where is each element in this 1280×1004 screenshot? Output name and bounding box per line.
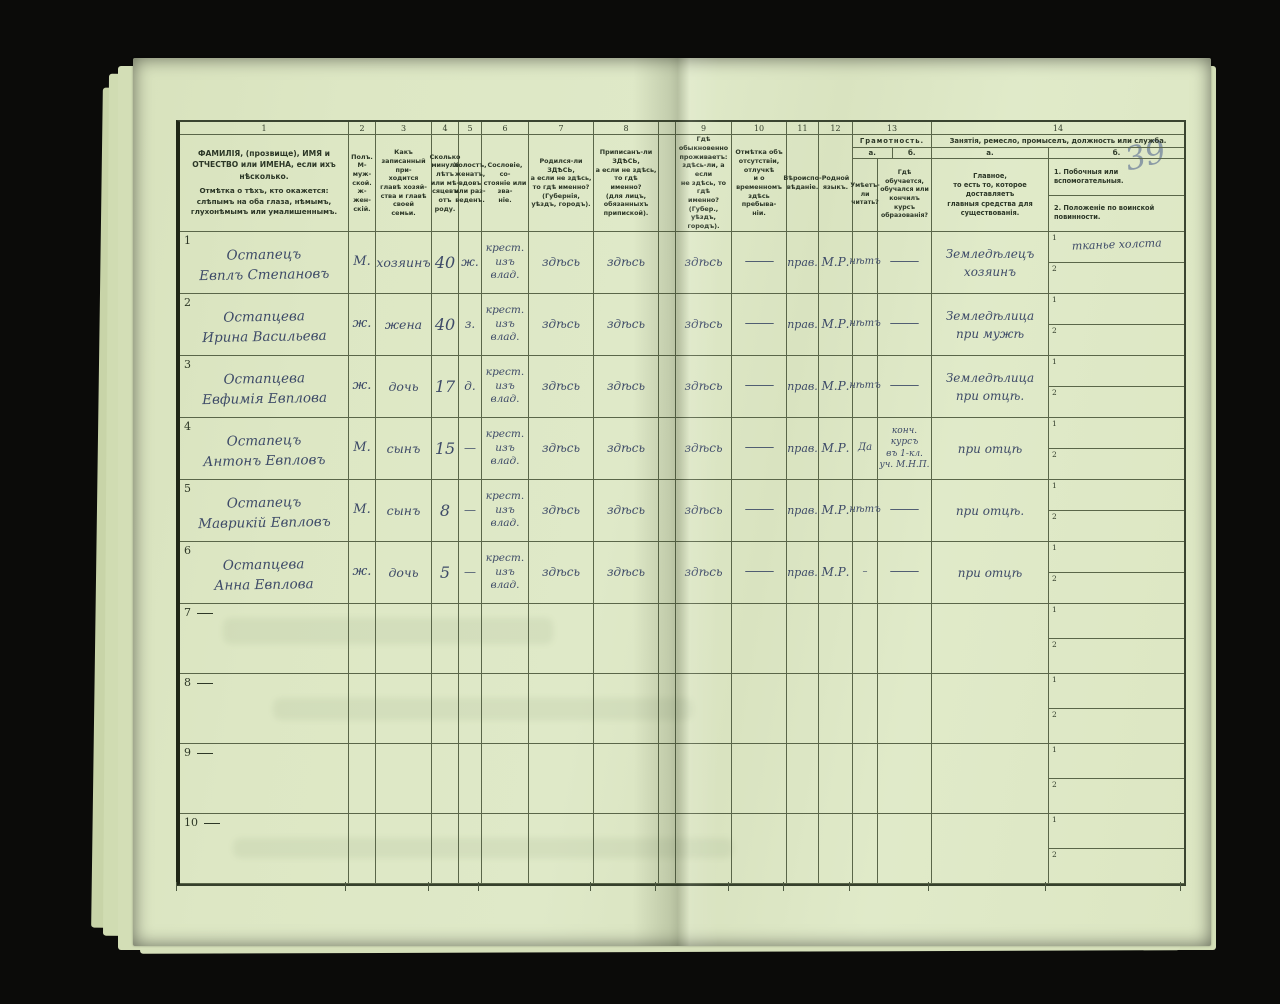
cell-occupation: при отцѣ: [932, 418, 1049, 480]
cell-birthplace: здѣсь: [529, 294, 594, 356]
side-occupation-value: тканье холста: [1071, 236, 1161, 252]
col-number-11: 11: [787, 122, 819, 135]
cell-empty: [676, 744, 732, 814]
cell-occupation: Земледѣлецъ хозяинъ: [932, 232, 1049, 294]
cell-literate: нѣтъ: [853, 232, 878, 294]
side-occupation-1: 1: [1049, 294, 1184, 325]
cell-absence: —: [732, 294, 787, 356]
cell-empty: [819, 814, 853, 884]
side-occupation-1: 1: [1049, 418, 1184, 449]
cell-sex: М.: [349, 480, 376, 542]
cell-empty: [932, 604, 1049, 674]
col-number-1: 1: [180, 122, 349, 135]
cell-empty: [349, 674, 376, 744]
person-name: Остапцева Анна Евплова: [214, 548, 314, 596]
cell-empty: [529, 674, 594, 744]
cell-language: М.Р.: [819, 480, 853, 542]
dash: —: [889, 502, 920, 518]
header-literacy-a: Умѣетъ- ли читать?: [853, 159, 878, 231]
cell-religion: прав.: [787, 232, 819, 294]
cell-name: 1 Остапецъ Евплъ Степановъ: [180, 232, 349, 294]
cell-registered: здѣсь: [594, 480, 659, 542]
header-marital: Холостъ, женатъ, вдовъ или раз- веденъ.: [459, 135, 482, 232]
cell-absence: —: [732, 542, 787, 604]
cell-occupation: Земледѣлица при мужѣ: [932, 294, 1049, 356]
side-occupation-1: 1: [1049, 480, 1184, 511]
col-number-5: 5: [459, 122, 482, 135]
row-number-strike: [197, 683, 213, 684]
cell-language: М.Р.: [819, 232, 853, 294]
cell-relation: дочь: [376, 356, 432, 418]
sub-row-label: 2: [1052, 450, 1057, 459]
header-occupation-military: 2. Положеніе по воинской повинности.: [1049, 196, 1184, 232]
cell-empty: [594, 674, 659, 744]
cell-religion: прав.: [787, 356, 819, 418]
sub-row-label: 2: [1052, 710, 1057, 719]
header-occupation-main: Главное, то есть то, которое доставляетъ…: [932, 159, 1049, 231]
cell-absence: —: [732, 480, 787, 542]
fold-gap: [659, 418, 676, 480]
cell-registered: здѣсь: [594, 294, 659, 356]
side-occupation-2: 2: [1049, 779, 1184, 813]
side-occupation-1: 1: [1049, 542, 1184, 573]
fold-gap: [659, 356, 676, 418]
cell-residence: здѣсь: [676, 480, 732, 542]
cell-side-occupation: 1 2: [1049, 418, 1184, 480]
header-literacy-group: Грамотность. а. б. Умѣетъ- ли читать? Гд…: [853, 135, 932, 232]
cell-marital: ж.: [459, 232, 482, 294]
cell-literate: Да: [853, 418, 878, 480]
sub-row-label: 1: [1052, 745, 1057, 754]
row-number: 10: [184, 816, 198, 829]
header-residence: Гдѣ обыкновенно проживаетъ: здѣсь-ли, а …: [676, 135, 732, 232]
row-number: 4: [184, 420, 191, 434]
cell-empty: [529, 604, 594, 674]
cell-empty: [459, 604, 482, 674]
sub-row-label: 2: [1052, 780, 1057, 789]
fold-gap: [659, 122, 676, 135]
col-number-7: 7: [529, 122, 594, 135]
cell-side-occupation: 1 тканье холста 2: [1049, 232, 1184, 294]
col-number-4: 4: [432, 122, 459, 135]
header-occupation-b-label: б.: [1049, 148, 1184, 158]
cell-side-occupation: 1 2: [1049, 674, 1184, 744]
cell-empty: [432, 744, 459, 814]
cell-marital: —: [459, 542, 482, 604]
side-occupation-2: 2: [1049, 639, 1184, 673]
cell-estate: крест. изъ влад.: [482, 418, 529, 480]
cell-religion: прав.: [787, 294, 819, 356]
cell-estate: крест. изъ влад.: [482, 480, 529, 542]
col-number-10: 10: [732, 122, 787, 135]
cell-empty: [732, 814, 787, 884]
col-number-12: 12: [819, 122, 853, 135]
cell-empty: [459, 814, 482, 884]
sub-row-label: 1: [1052, 233, 1057, 242]
side-occupation-1: 1 тканье холста: [1049, 232, 1184, 263]
cell-name-empty: 10: [180, 814, 349, 884]
cell-language: М.Р.: [819, 418, 853, 480]
cell-empty: [853, 814, 878, 884]
cell-marital: —: [459, 480, 482, 542]
cell-empty: [878, 814, 932, 884]
cell-relation: сынъ: [376, 480, 432, 542]
row-number-strike: [197, 753, 213, 754]
fold-gap: [659, 744, 676, 814]
cell-name: 6 Остапцева Анна Евплова: [180, 542, 349, 604]
cell-literate: –: [853, 542, 878, 604]
header-language: Родной языкъ.: [819, 135, 853, 232]
side-occupation-2: 2: [1049, 849, 1184, 883]
cell-empty: [376, 814, 432, 884]
cell-marital: д.: [459, 356, 482, 418]
cell-name-empty: 8: [180, 674, 349, 744]
row-number: 9: [184, 746, 191, 759]
row-number-strike: [197, 613, 213, 614]
cell-name: 3 Остапцева Евфимія Евплова: [180, 356, 349, 418]
cell-side-occupation: 1 2: [1049, 604, 1184, 674]
fold-gap: [659, 480, 676, 542]
header-surname-main: ФАМИЛІЯ, (прозвище), ИМЯ и ОТЧЕСТВО или …: [184, 148, 344, 182]
col-number-14: 14: [932, 122, 1184, 135]
cell-education: —: [878, 232, 932, 294]
cell-education: —: [878, 356, 932, 418]
cell-side-occupation: 1 2: [1049, 744, 1184, 814]
header-occupation-a-label: а.: [932, 148, 1049, 158]
census-page: 39 1 2 3 4 5 6 7 8 9 10 11 12 13 14 ФАМИ…: [133, 58, 1211, 946]
header-sex: Полъ. М-муж- ской. ж-жен- скій.: [349, 135, 376, 232]
cell-empty: [529, 814, 594, 884]
sub-row-label: 2: [1052, 640, 1057, 649]
cell-empty: [432, 814, 459, 884]
cell-empty: [482, 744, 529, 814]
census-table: 1 2 3 4 5 6 7 8 9 10 11 12 13 14 ФАМИЛІЯ…: [176, 120, 1186, 886]
header-literacy-b-label: б.: [893, 148, 932, 158]
row-number: 2: [184, 296, 191, 310]
cell-sex: ж.: [349, 294, 376, 356]
dash: —: [889, 316, 920, 332]
cell-empty: [787, 744, 819, 814]
cell-sex: ж.: [349, 356, 376, 418]
cell-registered: здѣсь: [594, 232, 659, 294]
cell-empty: [676, 814, 732, 884]
header-estate: Сословіе, со- стояніе или зва- ніе.: [482, 135, 529, 232]
header-literacy-b: Гдѣ обучается, обучался или кончилъ курс…: [878, 159, 931, 231]
cell-empty: [594, 604, 659, 674]
cell-empty: [594, 744, 659, 814]
cell-empty: [819, 604, 853, 674]
cell-marital: —: [459, 418, 482, 480]
dash: —: [889, 254, 920, 270]
cell-sex: ж.: [349, 542, 376, 604]
cell-age: 8: [432, 480, 459, 542]
sub-row-label: 1: [1052, 357, 1057, 366]
cell-age: 15: [432, 418, 459, 480]
cell-relation: хозяинъ: [376, 232, 432, 294]
cell-residence: здѣсь: [676, 418, 732, 480]
col-number-3: 3: [376, 122, 432, 135]
col-number-6: 6: [482, 122, 529, 135]
cell-language: М.Р.: [819, 356, 853, 418]
header-surname-note: Отмѣтка о тѣхъ, кто окажется: слѣпымъ на…: [184, 186, 344, 218]
sub-row-label: 1: [1052, 543, 1057, 552]
cell-absence: —: [732, 418, 787, 480]
cell-empty: [376, 674, 432, 744]
cell-education: —: [878, 480, 932, 542]
cell-empty: [878, 604, 932, 674]
side-occupation-1: 1: [1049, 604, 1184, 639]
cell-education: конч. курсъ въ 1-кл. уч. М.Н.П.: [878, 418, 932, 480]
cell-empty: [819, 744, 853, 814]
cell-side-occupation: 1 2: [1049, 542, 1184, 604]
side-occupation-2: 2: [1049, 573, 1184, 603]
cell-residence: здѣсь: [676, 356, 732, 418]
fold-gap: [659, 604, 676, 674]
cell-empty: [432, 674, 459, 744]
cell-side-occupation: 1 2: [1049, 356, 1184, 418]
cell-name: 2 Остапцева Ирина Васильева: [180, 294, 349, 356]
cell-occupation: при отцѣ.: [932, 480, 1049, 542]
dash: —: [889, 564, 920, 580]
cell-residence: здѣсь: [676, 294, 732, 356]
cell-religion: прав.: [787, 418, 819, 480]
sub-row-label: 1: [1052, 815, 1057, 824]
dash: —: [743, 564, 774, 580]
cell-empty: [732, 604, 787, 674]
cell-education: —: [878, 294, 932, 356]
sub-row-label: 2: [1052, 264, 1057, 273]
side-occupation-1: 1: [1049, 744, 1184, 779]
cell-occupation: при отцѣ: [932, 542, 1049, 604]
cell-empty: [787, 814, 819, 884]
side-occupation-2: 2: [1049, 449, 1184, 479]
sub-row-label: 1: [1052, 605, 1057, 614]
fold-gap: [659, 814, 676, 884]
cell-empty: [932, 814, 1049, 884]
cell-empty: [482, 604, 529, 674]
cell-birthplace: здѣсь: [529, 356, 594, 418]
cell-empty: [732, 674, 787, 744]
sub-row-label: 2: [1052, 326, 1057, 335]
cell-side-occupation: 1 2: [1049, 294, 1184, 356]
row-number: 8: [184, 676, 191, 689]
cell-marital: з.: [459, 294, 482, 356]
header-religion: Вѣроиспо- вѣданіе.: [787, 135, 819, 232]
cell-empty: [432, 604, 459, 674]
cell-relation: жена: [376, 294, 432, 356]
table-line-feet: [176, 882, 1186, 892]
side-occupation-2: 2: [1049, 709, 1184, 743]
cell-sex: М.: [349, 232, 376, 294]
cell-name-empty: 7: [180, 604, 349, 674]
cell-birthplace: здѣсь: [529, 232, 594, 294]
cell-language: М.Р.: [819, 542, 853, 604]
cell-registered: здѣсь: [594, 418, 659, 480]
person-name: Остапецъ Маврикій Евпловъ: [197, 486, 330, 535]
cell-age: 17: [432, 356, 459, 418]
cell-estate: крест. изъ влад.: [482, 294, 529, 356]
person-name: Остапецъ Евплъ Степановъ: [199, 238, 330, 287]
cell-empty: [732, 744, 787, 814]
cell-name: 4 Остапецъ Антонъ Евпловъ: [180, 418, 349, 480]
cell-relation: сынъ: [376, 418, 432, 480]
dash: —: [743, 254, 774, 270]
cell-empty: [529, 744, 594, 814]
cell-empty: [676, 674, 732, 744]
side-occupation-1: 1: [1049, 674, 1184, 709]
cell-language: М.Р.: [819, 294, 853, 356]
col-number-9: 9: [676, 122, 732, 135]
cell-empty: [787, 674, 819, 744]
cell-empty: [349, 744, 376, 814]
header-occupation-title: Занятія, ремесло, промыселъ, должность и…: [932, 135, 1184, 148]
cell-empty: [349, 814, 376, 884]
cell-name: 5 Остапецъ Маврикій Евпловъ: [180, 480, 349, 542]
cell-religion: прав.: [787, 542, 819, 604]
fold-gap: [659, 674, 676, 744]
side-occupation-2: 2: [1049, 387, 1184, 417]
cell-empty: [853, 604, 878, 674]
sub-row-label: 2: [1052, 850, 1057, 859]
cell-birthplace: здѣсь: [529, 418, 594, 480]
header-relation: Какъ записанный при- ходится главѣ хозяй…: [376, 135, 432, 232]
cell-empty: [594, 814, 659, 884]
cell-empty: [459, 674, 482, 744]
dash: —: [743, 378, 774, 394]
row-number-strike: [204, 823, 220, 824]
header-occupation-side: 1. Побочныя или вспомогательныя.: [1049, 159, 1184, 196]
cell-empty: [853, 744, 878, 814]
cell-empty: [932, 674, 1049, 744]
cell-education: —: [878, 542, 932, 604]
header-registered: Приписанъ-ли ЗДѢСЬ, а если не здѣсь, то …: [594, 135, 659, 232]
cell-occupation: Земледѣлица при отцѣ.: [932, 356, 1049, 418]
cell-relation: дочь: [376, 542, 432, 604]
row-number: 6: [184, 544, 191, 558]
cell-empty: [787, 604, 819, 674]
side-occupation-2: 2: [1049, 511, 1184, 541]
cell-literate: нѣтъ: [853, 294, 878, 356]
side-occupation-2: 2: [1049, 263, 1184, 293]
cell-absence: —: [732, 356, 787, 418]
col-number-8: 8: [594, 122, 659, 135]
sub-row-label: 2: [1052, 574, 1057, 583]
row-number: 7: [184, 606, 191, 619]
dash: —: [889, 378, 920, 394]
cell-registered: здѣсь: [594, 542, 659, 604]
cell-empty: [376, 604, 432, 674]
cell-birthplace: здѣсь: [529, 542, 594, 604]
side-occupation-1: 1: [1049, 814, 1184, 849]
sub-row-label: 1: [1052, 295, 1057, 304]
person-name: Остапцева Евфимія Евплова: [201, 362, 327, 411]
fold-gap: [659, 232, 676, 294]
header-occupation-group: Занятія, ремесло, промыселъ, должность и…: [932, 135, 1184, 232]
col-number-2: 2: [349, 122, 376, 135]
cell-name-empty: 9: [180, 744, 349, 814]
header-birthplace: Родился-ли ЗДѢСЬ, а если не здѣсь, то гд…: [529, 135, 594, 232]
cell-empty: [459, 744, 482, 814]
cell-residence: здѣсь: [676, 542, 732, 604]
cell-literate: нѣтъ: [853, 480, 878, 542]
cell-empty: [853, 674, 878, 744]
fold-gap: [659, 135, 676, 232]
cell-empty: [482, 674, 529, 744]
col-number-13: 13: [853, 122, 932, 135]
cell-empty: [819, 674, 853, 744]
cell-age: 5: [432, 542, 459, 604]
cell-empty: [376, 744, 432, 814]
cell-literate: нѣтъ: [853, 356, 878, 418]
cell-empty: [878, 744, 932, 814]
cell-empty: [932, 744, 1049, 814]
cell-side-occupation: 1 2: [1049, 480, 1184, 542]
sub-row-label: 1: [1052, 675, 1057, 684]
header-literacy-a-label: а.: [853, 148, 893, 158]
cell-empty: [349, 604, 376, 674]
fold-gap: [659, 294, 676, 356]
row-number: 5: [184, 482, 191, 496]
cell-empty: [482, 814, 529, 884]
cell-absence: —: [732, 232, 787, 294]
photo-backdrop: { "page_number": "39", "labels": { "sub1…: [0, 0, 1280, 1004]
fold-gap: [659, 542, 676, 604]
cell-sex: М.: [349, 418, 376, 480]
cell-estate: крест. изъ влад.: [482, 356, 529, 418]
sub-row-label: 2: [1052, 512, 1057, 521]
sub-row-label: 2: [1052, 388, 1057, 397]
cell-estate: крест. изъ влад.: [482, 542, 529, 604]
cell-empty: [878, 674, 932, 744]
dash: —: [743, 502, 774, 518]
header-surname: ФАМИЛІЯ, (прозвище), ИМЯ и ОТЧЕСТВО или …: [180, 135, 349, 232]
cell-estate: крест. изъ влад.: [482, 232, 529, 294]
cell-age: 40: [432, 232, 459, 294]
cell-age: 40: [432, 294, 459, 356]
cell-religion: прав.: [787, 480, 819, 542]
dash: —: [743, 316, 774, 332]
sub-row-label: 1: [1052, 419, 1057, 428]
side-occupation-2: 2: [1049, 325, 1184, 355]
dash: —: [743, 440, 774, 456]
side-occupation-1: 1: [1049, 356, 1184, 387]
cell-registered: здѣсь: [594, 356, 659, 418]
sub-row-label: 1: [1052, 481, 1057, 490]
cell-residence: здѣсь: [676, 232, 732, 294]
header-absence: Отмѣтка объ отсутствіи, отлучкѣ и о врем…: [732, 135, 787, 232]
person-name: Остапецъ Антонъ Евпловъ: [202, 424, 325, 473]
cell-empty: [676, 604, 732, 674]
header-literacy-title: Грамотность.: [853, 135, 931, 148]
cell-side-occupation: 1 2: [1049, 814, 1184, 884]
person-name: Остапцева Ирина Васильева: [201, 300, 326, 349]
row-number: 3: [184, 358, 191, 372]
row-number: 1: [184, 234, 191, 248]
cell-birthplace: здѣсь: [529, 480, 594, 542]
